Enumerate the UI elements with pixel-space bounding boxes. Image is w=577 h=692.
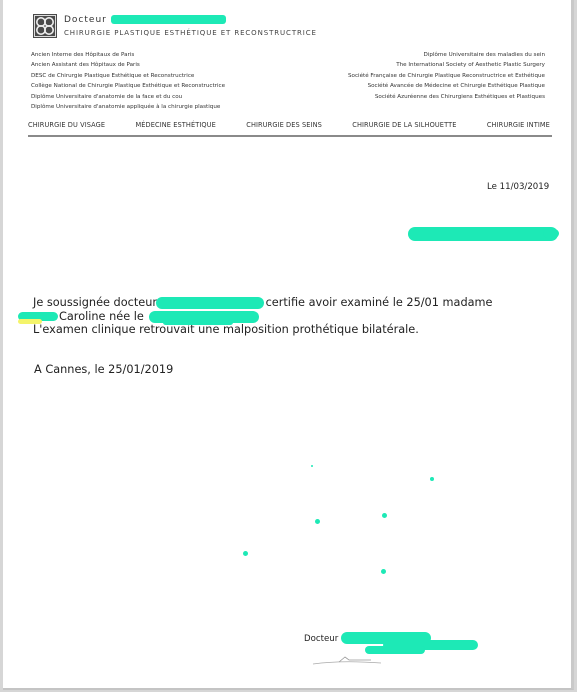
credentials-right: Diplôme Universitaire des maladies du se… bbox=[348, 50, 545, 102]
highlight-mark bbox=[18, 319, 42, 324]
redaction-dot bbox=[243, 551, 248, 556]
body-line-2: Caroline née le bbox=[33, 310, 493, 324]
redaction-name-line1 bbox=[156, 297, 264, 309]
redaction-dot bbox=[315, 519, 320, 524]
header-divider bbox=[28, 135, 552, 137]
nav-item-intime: CHIRURGIE INTIME bbox=[487, 121, 550, 129]
letter-date: Le 11/03/2019 bbox=[487, 182, 549, 192]
specialty-nav: CHIRURGIE DU VISAGE MÉDECINE ESTHÉTIQUE … bbox=[28, 121, 550, 129]
specialty-subtitle: CHIRURGIE PLASTIQUE ESTHÉTIQUE ET RECONS… bbox=[64, 29, 317, 37]
body-line-3: L'examen clinique retrouvait une malposi… bbox=[33, 323, 493, 337]
nav-item-medecine: MÉDECINE ESTHÉTIQUE bbox=[136, 121, 216, 129]
redaction-birthdate-tail bbox=[163, 320, 233, 325]
nav-item-seins: CHIRURGIE DES SEINS bbox=[246, 121, 322, 129]
redaction-dot bbox=[311, 465, 313, 467]
signature-label: Docteur bbox=[304, 634, 338, 644]
credential-item: Diplôme Universitaire d'anatomie appliqu… bbox=[31, 102, 225, 112]
credential-item: Société Française de Chirurgie Plastique… bbox=[348, 71, 545, 81]
redaction-doctor-name bbox=[111, 15, 226, 24]
redaction-dot bbox=[382, 513, 387, 518]
credential-item: Société Avancée de Médecine et Chirurgie… bbox=[348, 81, 545, 91]
credential-item: Ancien Interne des Hôpitaux de Paris bbox=[31, 50, 225, 60]
redaction-recipient-tail bbox=[543, 229, 559, 238]
doctor-title: Docteur bbox=[64, 15, 107, 25]
credential-item: The International Society of Aesthetic P… bbox=[348, 60, 545, 70]
letter-page: Docteur CHIRURGIE PLASTIQUE ESTHÉTIQUE E… bbox=[3, 0, 574, 690]
credential-item: Société Azuréenne des Chirurgiens Esthét… bbox=[348, 92, 545, 102]
redaction-recipient bbox=[408, 227, 558, 241]
credential-item: Collège National de Chirurgie Plastique … bbox=[31, 81, 225, 91]
redaction-dot bbox=[381, 569, 386, 574]
credentials-left: Ancien Interne des Hôpitaux de Paris Anc… bbox=[31, 50, 225, 112]
redaction-dot bbox=[430, 477, 434, 481]
handwritten-signature bbox=[311, 650, 401, 668]
place-and-date: A Cannes, le 25/01/2019 bbox=[34, 363, 173, 376]
quatrefoil-logo-icon bbox=[33, 14, 57, 38]
nav-item-silhouette: CHIRURGIE DE LA SILHOUETTE bbox=[352, 121, 456, 129]
credential-item: Diplôme Universitaire des maladies du se… bbox=[348, 50, 545, 60]
nav-item-visage: CHIRURGIE DU VISAGE bbox=[28, 121, 105, 129]
credential-item: Ancien Assistant des Hôpitaux de Paris bbox=[31, 60, 225, 70]
credential-item: Diplôme Universitaire d'anatomie de la f… bbox=[31, 92, 225, 102]
credential-item: DESC de Chirurgie Plastique Esthétique e… bbox=[31, 71, 225, 81]
